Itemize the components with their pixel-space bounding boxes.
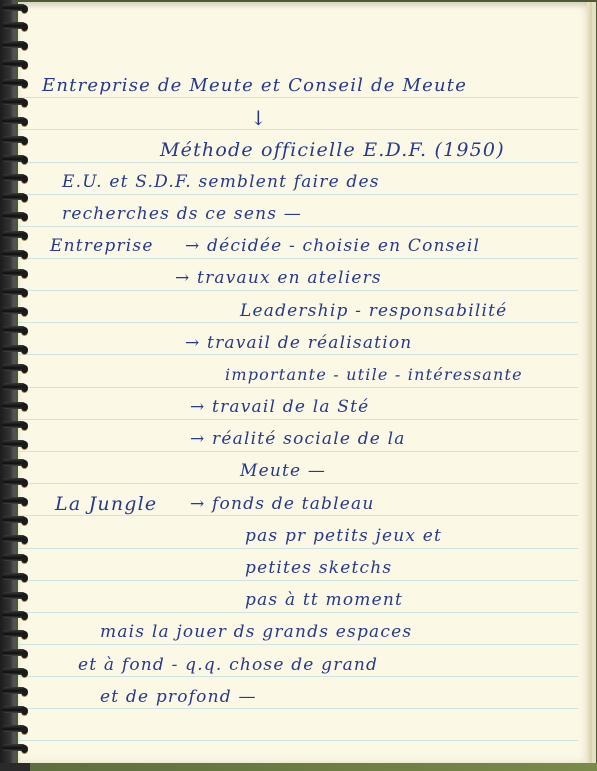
notebook-cover-edge bbox=[0, 763, 597, 771]
rule-line bbox=[18, 451, 578, 452]
rule-line bbox=[18, 354, 578, 355]
handwritten-line: → travail de la Sté bbox=[190, 397, 369, 417]
handwritten-line: Meute — bbox=[240, 461, 326, 481]
rule-line bbox=[18, 515, 578, 516]
rule-line bbox=[18, 548, 578, 549]
binding-coil bbox=[2, 212, 26, 219]
rule-line bbox=[18, 644, 578, 645]
binding-coil bbox=[2, 421, 26, 428]
binding-coil bbox=[2, 744, 26, 751]
binding-coil bbox=[2, 383, 26, 390]
binding-coil bbox=[2, 630, 26, 637]
handwritten-line: → réalité sociale de la bbox=[190, 429, 406, 449]
binding-coil bbox=[2, 98, 26, 105]
binding-coil bbox=[2, 535, 26, 542]
binding-coil bbox=[2, 649, 26, 656]
rule-line bbox=[18, 612, 578, 613]
binding-coil bbox=[2, 4, 26, 11]
rule-line bbox=[18, 322, 578, 323]
rule-line bbox=[18, 129, 578, 130]
binding-coil bbox=[2, 364, 26, 371]
rule-line bbox=[18, 97, 578, 98]
handwritten-line: recherches ds ce sens — bbox=[62, 204, 302, 224]
binding-coil bbox=[2, 497, 26, 504]
rule-line bbox=[18, 226, 578, 227]
handwritten-line: pas pr petits jeux et bbox=[245, 526, 442, 546]
binding-coil bbox=[2, 668, 26, 675]
rule-line bbox=[18, 162, 578, 163]
binding-coil bbox=[2, 516, 26, 523]
binding-coil bbox=[2, 402, 26, 409]
rule-line bbox=[18, 740, 578, 741]
handwritten-line: → fonds de tableau bbox=[190, 494, 375, 514]
rule-line bbox=[18, 419, 578, 420]
handwritten-line: Leadership - responsabilité bbox=[240, 301, 507, 321]
binding-coil bbox=[2, 231, 26, 238]
handwritten-line: E.U. et S.D.F. semblent faire des bbox=[62, 172, 380, 192]
down-arrow-icon: ↓ bbox=[250, 108, 268, 128]
binding-coil bbox=[2, 117, 26, 124]
handwritten-line-label: La Jungle bbox=[55, 494, 157, 514]
handwritten-line: petites sketchs bbox=[245, 558, 392, 578]
binding-coil bbox=[2, 554, 26, 561]
binding-coil bbox=[2, 22, 26, 29]
binding-coil bbox=[2, 573, 26, 580]
rule-line bbox=[18, 387, 578, 388]
handwritten-line: et de profond — bbox=[100, 687, 257, 707]
binding-coil bbox=[2, 440, 26, 447]
rule-line bbox=[18, 290, 578, 291]
binding-coil bbox=[2, 41, 26, 48]
handwritten-line: pas à tt moment bbox=[245, 590, 403, 610]
rule-line bbox=[18, 483, 578, 484]
binding-coil bbox=[2, 326, 26, 333]
binding-coil bbox=[2, 155, 26, 162]
binding-coil bbox=[2, 706, 26, 713]
handwritten-line: importante - utile - intéressante bbox=[225, 365, 523, 385]
binding-coil bbox=[2, 174, 26, 181]
handwritten-line: → travail de réalisation bbox=[185, 333, 412, 353]
binding-coil bbox=[2, 459, 26, 466]
binding-coil bbox=[2, 611, 26, 618]
handwritten-line: → décidée - choisie en Conseil bbox=[185, 236, 480, 256]
binding-coil bbox=[2, 345, 26, 352]
binding-coil bbox=[2, 60, 26, 67]
handwritten-line: mais la jouer ds grands espaces bbox=[100, 622, 412, 642]
rule-line bbox=[18, 194, 578, 195]
binding-coil bbox=[2, 288, 26, 295]
handwritten-line: et à fond - q.q. chose de grand bbox=[78, 655, 378, 675]
rule-line bbox=[18, 258, 578, 259]
binding-coil bbox=[2, 687, 26, 694]
binding-coil bbox=[2, 725, 26, 732]
binding-coil bbox=[2, 307, 26, 314]
binding-coil bbox=[2, 269, 26, 276]
binding-coil bbox=[2, 136, 26, 143]
binding-coil bbox=[2, 592, 26, 599]
rule-line bbox=[18, 580, 578, 581]
spiral-binding bbox=[0, 0, 30, 771]
page-edge bbox=[587, 2, 592, 763]
handwritten-line-label: Entreprise bbox=[50, 236, 154, 256]
handwritten-line: Méthode officielle E.D.F. (1950) bbox=[160, 140, 505, 160]
rule-line bbox=[18, 676, 578, 677]
binding-coil bbox=[2, 193, 26, 200]
binding-coil bbox=[2, 79, 26, 86]
notebook: Entreprise de Meute et Conseil de Meute … bbox=[0, 0, 597, 771]
binding-coil bbox=[2, 250, 26, 257]
handwritten-line-heading: Entreprise de Meute et Conseil de Meute bbox=[42, 76, 467, 96]
binding-coil bbox=[2, 478, 26, 485]
handwritten-line: → travaux en ateliers bbox=[175, 268, 382, 288]
rule-line bbox=[18, 708, 578, 709]
